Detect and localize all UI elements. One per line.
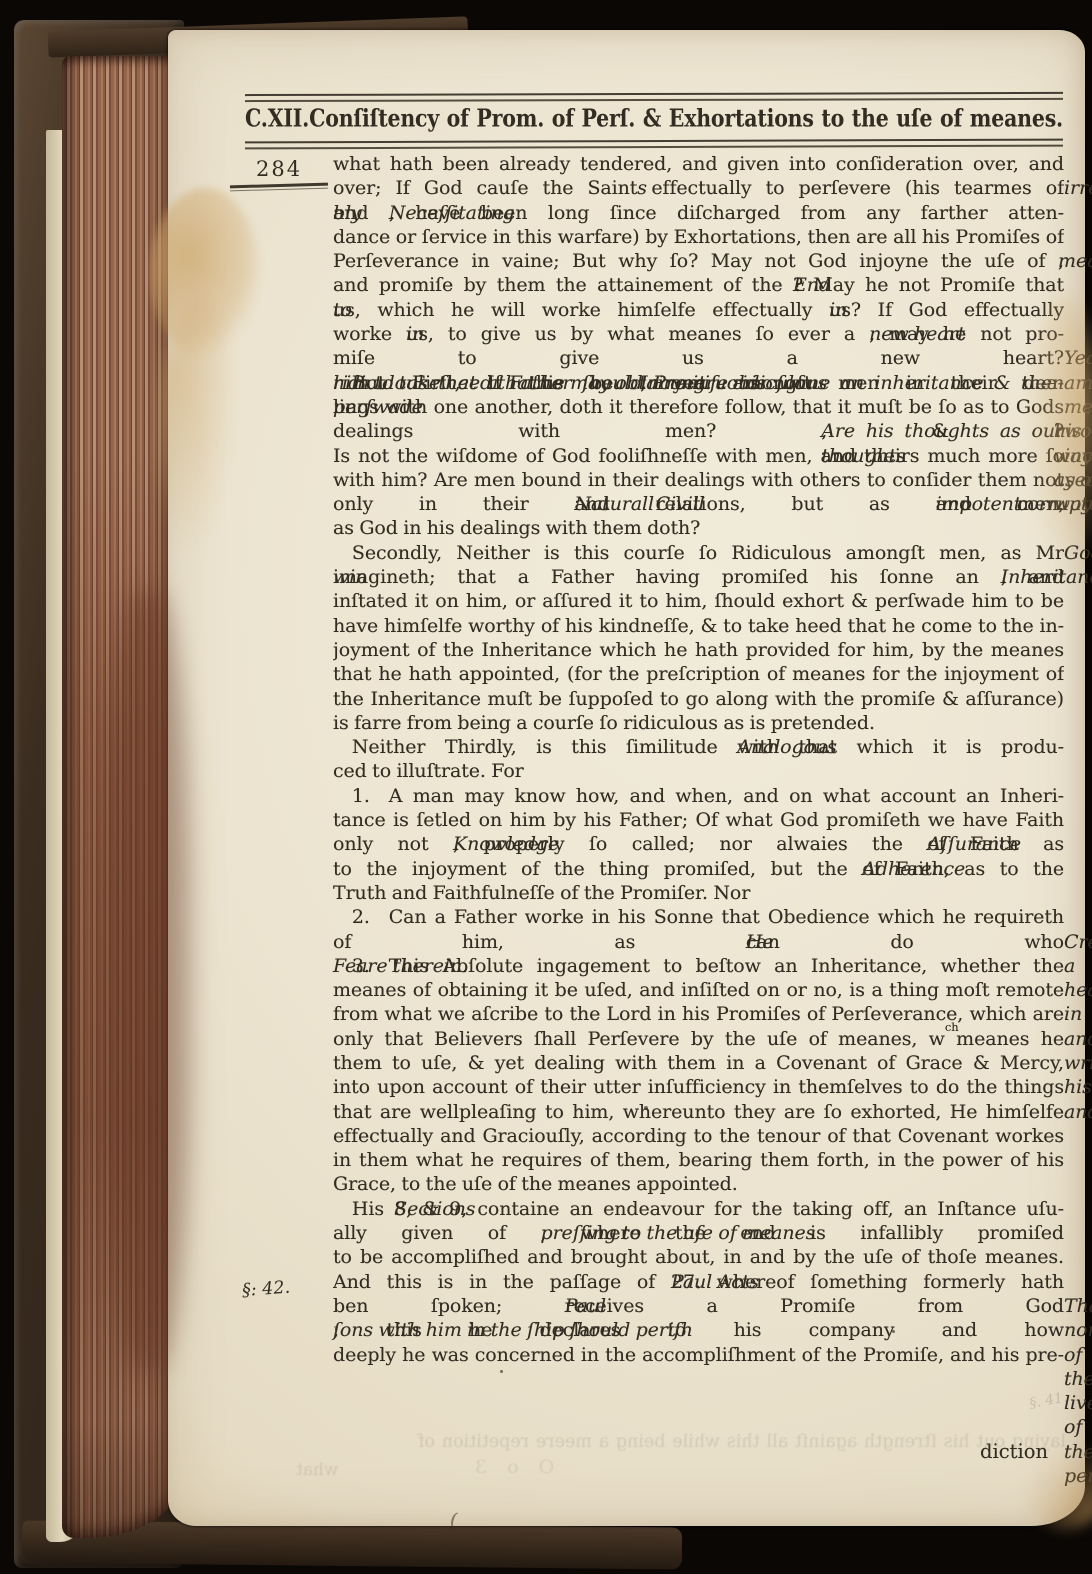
- text-line: ced to illuſtrate. For: [333, 759, 1064, 783]
- showthrough-margin-note: §. 41.: [967, 1389, 1068, 1422]
- text-line: tance is ſetled on him by his Father; Of…: [333, 808, 1064, 832]
- text-line: that are wellpleaſing to him, whereunto …: [333, 1100, 1064, 1124]
- ink-speck: [892, 1330, 895, 1333]
- text-line: of him, as He can do who Creates a new h…: [333, 930, 1064, 954]
- text-line: Truth and Faithfulneſſe of the Promiſer.…: [333, 881, 1064, 905]
- text-line: to us, which he will worke himſelfe effe…: [333, 298, 1064, 322]
- text-line: only in their Naturall and Civill relati…: [333, 492, 1064, 516]
- text-line: Neither Thirdly, is this ſimilitude Anal…: [333, 735, 1064, 759]
- text-line: only that Believers ſhall Perſevere by t…: [333, 1027, 1064, 1051]
- text-line: miſe to give us a new heart? Yea but amo…: [333, 346, 1064, 370]
- text-line: dealings with men? Are his thoughts as o…: [333, 419, 1064, 443]
- text-line: that he hath appointed, (for the preſcri…: [333, 662, 1064, 686]
- text-line: is farre from being a courſe ſo ridiculo…: [333, 711, 1064, 735]
- showthrough-signature-mark: O o 3: [468, 1456, 554, 1478]
- text-line: have himſelfe worthy of his kindneſſe, &…: [333, 614, 1064, 638]
- text-line: in them what he requires of them, bearin…: [333, 1148, 1064, 1172]
- text-line: Perſeverance in vaine; But why ſo? May n…: [333, 249, 1064, 273]
- text-line: into upon account of their utter inſuffi…: [333, 1075, 1064, 1099]
- text-line: the Inheritance muſt be ſuppoſed to go a…: [333, 687, 1064, 711]
- text-line: to the injoyment of the thing promiſed, …: [333, 857, 1064, 881]
- text-line: 2. Can a Father worke in his Sonne that …: [333, 905, 1064, 929]
- text-line: with him? Are men bound in their dealing…: [333, 468, 1064, 492]
- body-text: what hath been already tendered, and giv…: [333, 152, 1064, 1367]
- text-line: to be accompliſhed and brought about, in…: [333, 1245, 1064, 1269]
- text-line: Secondly, Neither is this courſe ſo Ridi…: [333, 541, 1064, 565]
- catchword: diction: [808, 1440, 1048, 1463]
- text-line: ally given of preſſing to the uſe of mea…: [333, 1221, 1064, 1245]
- text-line: only not Knowledge, properly ſo called; …: [333, 832, 1064, 856]
- text-line: His Sections 8, & 9, containe an endeavo…: [333, 1197, 1064, 1221]
- text-line: and promiſe by them the attainement of t…: [333, 273, 1064, 297]
- ink-speck: [500, 1370, 503, 1373]
- text-line: joyment of the Inheritance which he hath…: [333, 638, 1064, 662]
- page-number-rule: [230, 183, 328, 192]
- photograph-background: C.XII.Conſiſtency of Prom. of Perſ. & Ex…: [0, 0, 1092, 1574]
- text-line: And this is in the paſſage of Paul Acts …: [333, 1270, 1064, 1294]
- text-line: worke in us, to give us by what meanes ſ…: [333, 322, 1064, 346]
- text-line: Grace, to the uſe of the meanes appointe…: [333, 1172, 1064, 1196]
- showthrough-mirrored-word: what: [296, 1460, 338, 1480]
- text-line: 1. A man may know how, and when, and on …: [333, 784, 1064, 808]
- text-line: dance or ſervice in this warfare) by Exh…: [333, 225, 1064, 249]
- header-rule-top: [245, 92, 1063, 102]
- text-line: ben ſpoken; Paul receives a Promiſe from…: [333, 1294, 1064, 1318]
- text-line: bly and Neceſſitating, have been long ſi…: [333, 201, 1064, 225]
- printed-page-surface: C.XII.Conſiſtency of Prom. of Perſ. & Ex…: [168, 30, 1085, 1526]
- running-head: C.XII.Conſiſtency of Prom. of Perſ. & Ex…: [245, 104, 1063, 132]
- text-line: meanes of obtaining it be uſed, and inſi…: [333, 978, 1064, 1002]
- text-line: win imagineth; that a Father having prom…: [333, 565, 1064, 589]
- text-line: them to uſe, & yet dealing with them in …: [333, 1051, 1064, 1075]
- text-line: effectually and Graciouſly, according to…: [333, 1124, 1064, 1148]
- text-line: what hath been already tendered, and giv…: [333, 152, 1064, 176]
- header-rule-bottom: [245, 139, 1063, 150]
- page-block-fore-edge: [62, 56, 180, 1538]
- ink-speck: [644, 1106, 648, 1110]
- text-line: deeply he was concerned in the accompliſ…: [333, 1343, 1064, 1367]
- text-line: ſons with him in the ſhip ſhould periſh;…: [333, 1318, 1064, 1342]
- text-line: as God in his dealings with them doth?: [333, 516, 1064, 540]
- text-line: over; If God cauſe the Saints effectuall…: [333, 176, 1064, 200]
- text-line: inſtated it on him, or aſſured it to him…: [333, 589, 1064, 613]
- margin-section-note: §: 42.: [241, 1275, 328, 1301]
- page-number: 284: [256, 157, 336, 181]
